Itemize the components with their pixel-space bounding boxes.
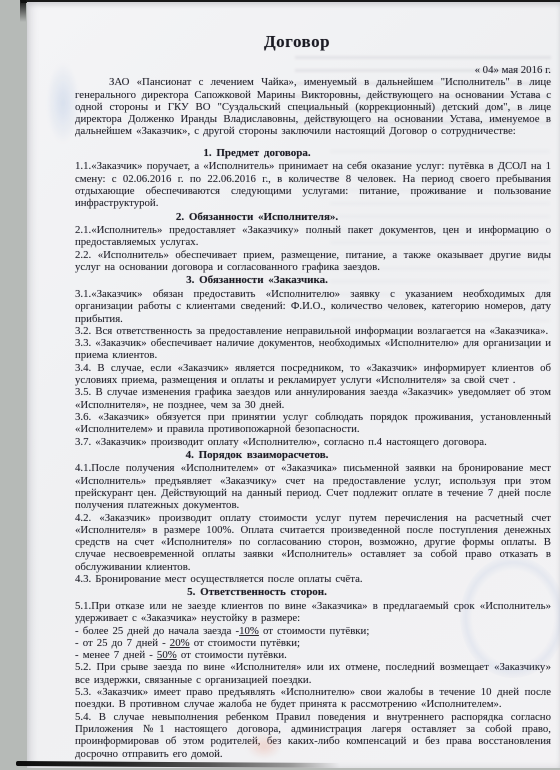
penalty-item-2-percent: 20%	[170, 637, 190, 649]
clause-5-3: 5.3. «Заказчик» имеет право предъявлять …	[75, 686, 551, 711]
clause-3-3: 3.3. «Заказчик» обеспечивает наличие док…	[75, 337, 551, 362]
penalty-item-3-post: от стоимости путёвки.	[177, 649, 287, 661]
clause-5-4: 5.4. В случае невыполнения ребенком Прав…	[75, 711, 551, 760]
clause-3-7: 3.7. «Заказчик» производит оплату «Испол…	[75, 436, 551, 448]
scanner-top-notch	[20, 0, 26, 22]
clause-4-2: 4.2. «Заказчик» производит оплату стоимо…	[75, 512, 551, 573]
document-title: Договор	[75, 32, 519, 52]
penalty-item-1-pre: - более 25 дней до начала заезда -	[75, 625, 239, 637]
blue-stamp-bleed-left	[46, 62, 80, 144]
clause-4-1: 4.1.После получения «Исполнителем» от «З…	[75, 462, 551, 511]
penalty-item-1-percent: 10%	[239, 625, 259, 637]
penalty-item-3-percent: 50%	[157, 649, 177, 661]
clause-3-5: 3.5. В случае изменения графика заездов …	[75, 386, 551, 411]
section-5-heading: 5. Ответственность сторон.	[75, 586, 439, 599]
penalty-item-3-pre: - менее 7 дней -	[75, 649, 157, 661]
section-4-heading: 4. Порядок взаиморасчетов.	[75, 449, 439, 462]
ghost-text-bleedthrough-right	[330, 150, 550, 330]
penalty-item-2-post: от стоимости путёвки;	[190, 637, 300, 649]
scanned-contract-screenshot: { "colors": { "paper": "#f2f2f4", "ink":…	[0, 0, 560, 770]
penalty-item-2-pre: - от 25 до 7 дней -	[75, 637, 170, 649]
clause-3-6: 3.6. «Заказчик» обязуется при принятии у…	[75, 411, 551, 436]
penalty-item-1-post: от стоимости путёвки;	[259, 625, 369, 637]
ghost-text-bleedthrough-top	[295, 56, 551, 132]
pink-stain	[246, 733, 282, 759]
clause-3-4: 3.4. В случае, если «Заказчик» является …	[75, 362, 551, 387]
blue-stamp-bleed-right	[460, 556, 560, 678]
